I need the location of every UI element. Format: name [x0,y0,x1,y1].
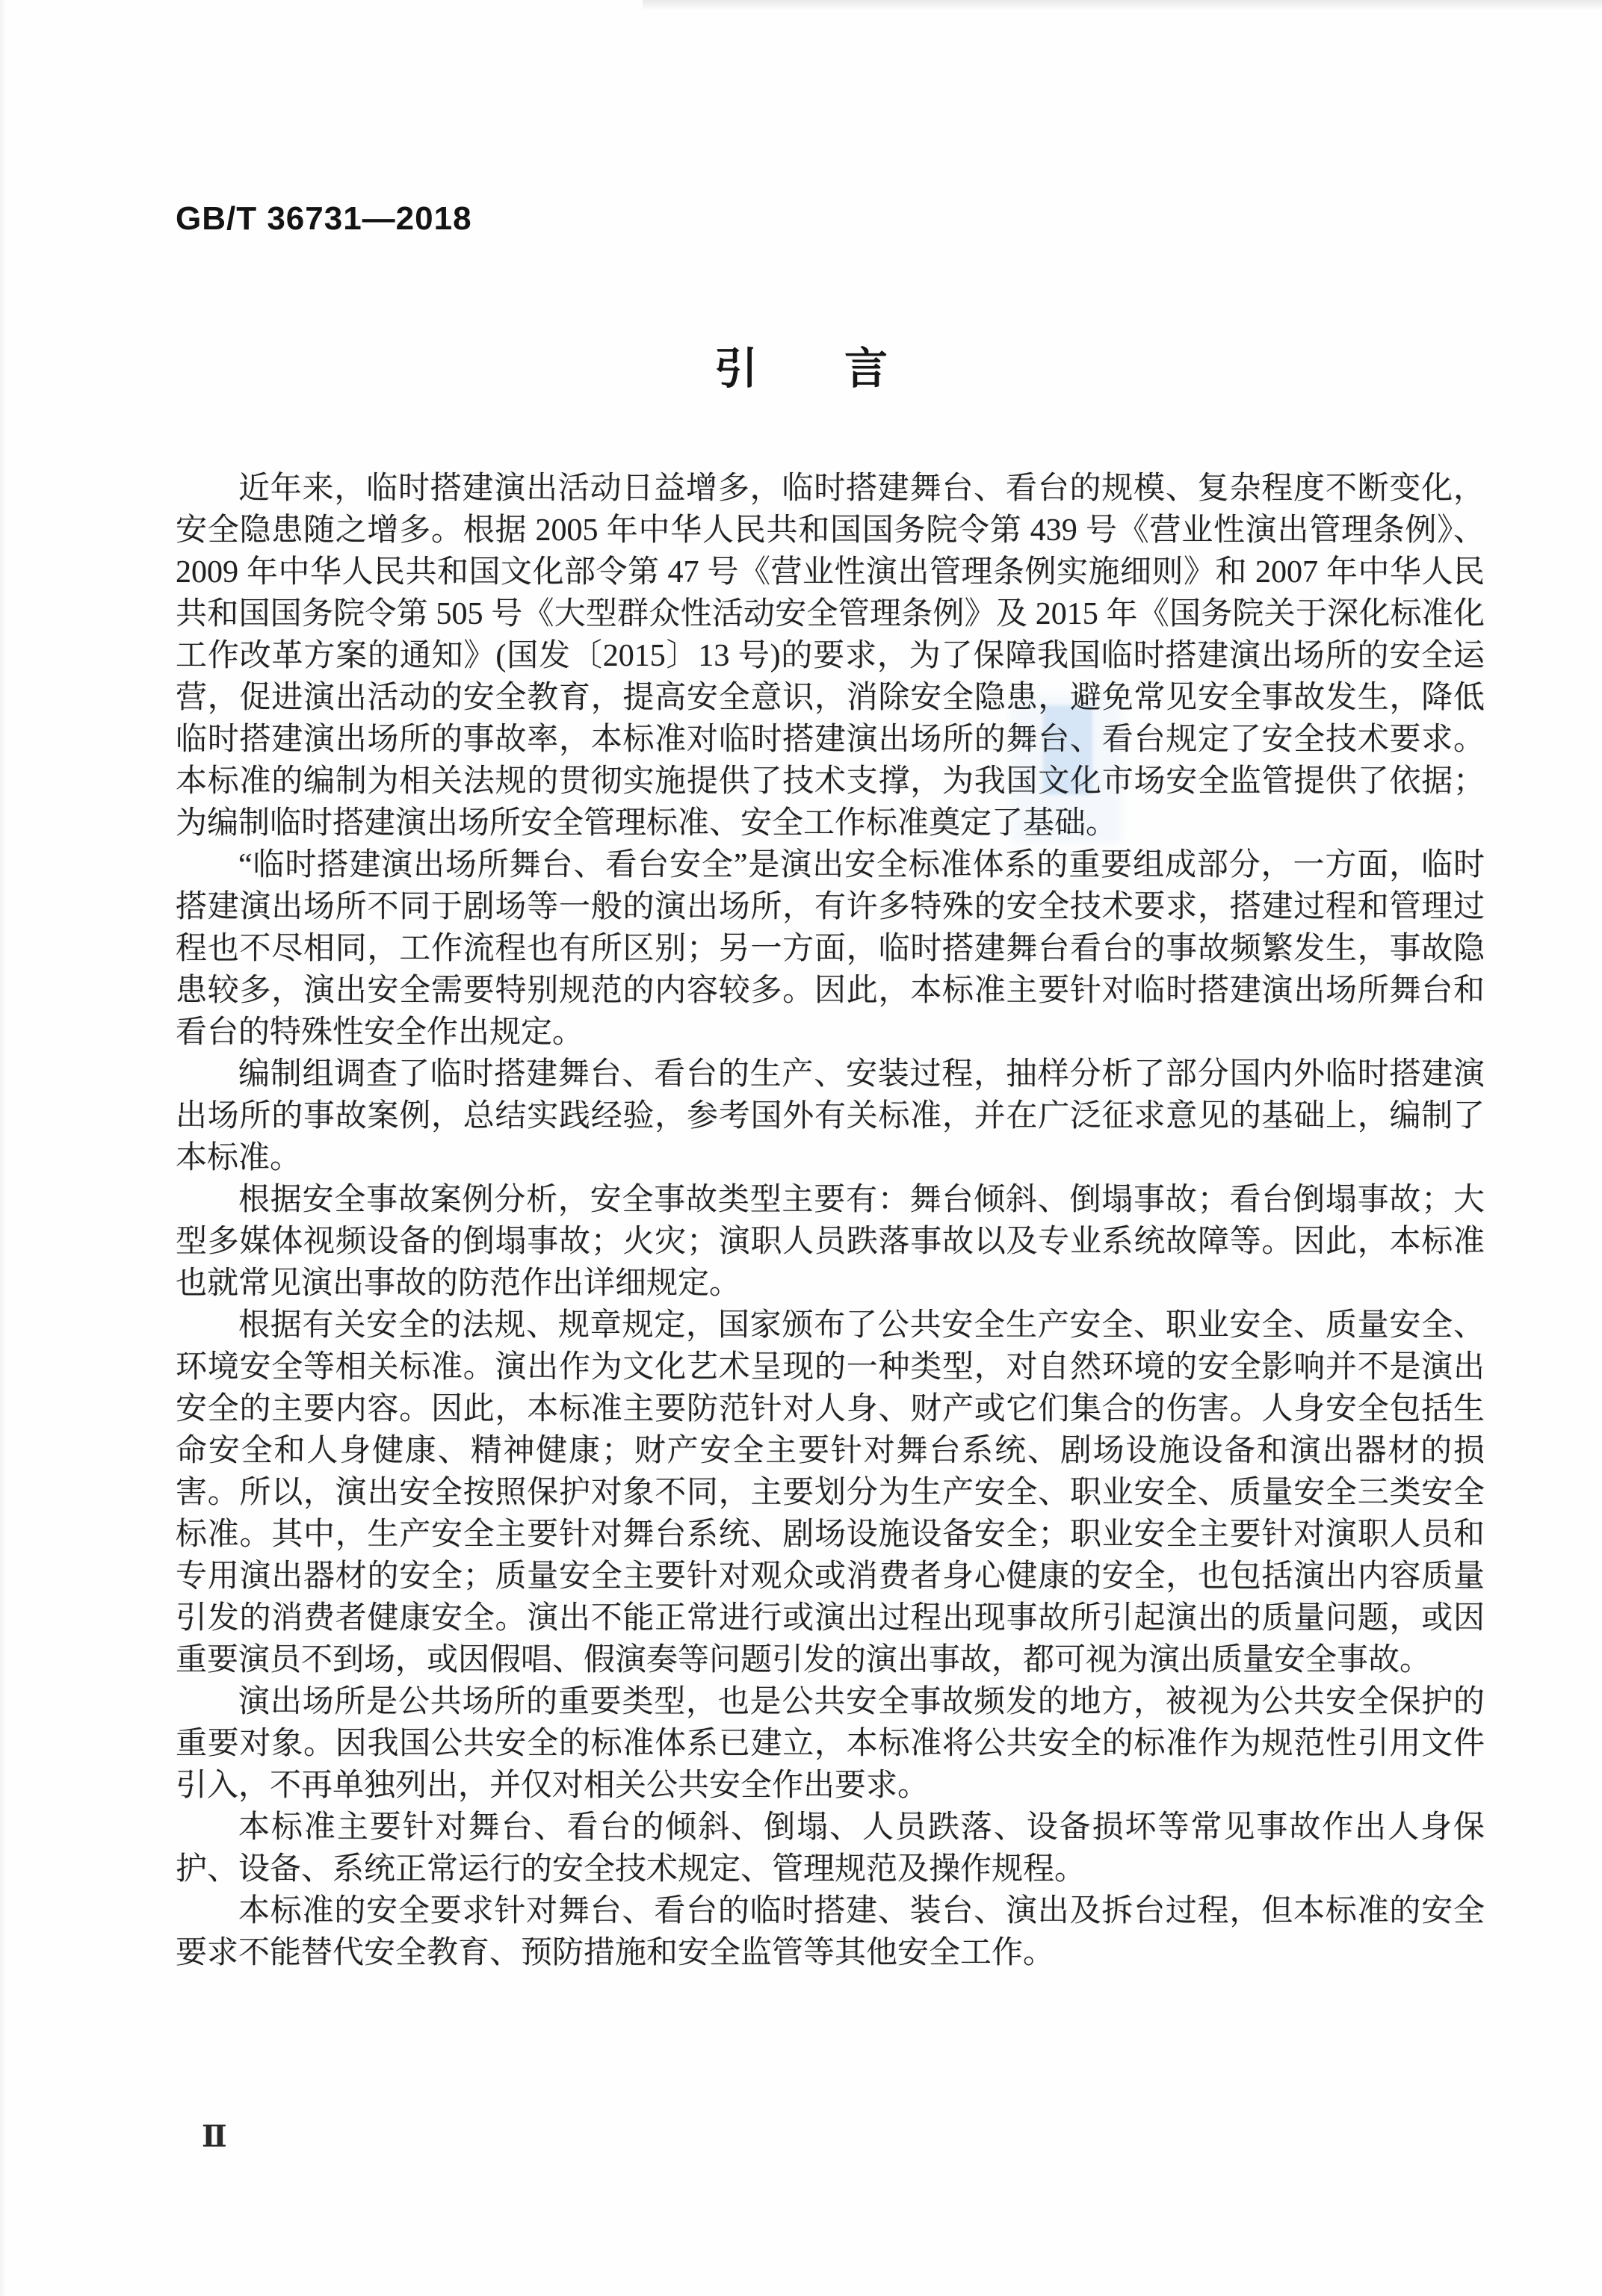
body-text: 近年来，临时搭建演出活动日益增多，临时搭建舞台、看台的规模、复杂程度不断变化，安… [176,468,1485,1974]
paragraph-drafting-group: 编制组调查了临时搭建舞台、看台的生产、安装过程，抽样分析了部分国内外临时搭建演出… [176,1053,1485,1179]
paragraph-stage-safety-system: “临时搭建演出场所舞台、看台安全”是演出安全标准体系的重要组成部分，一方面，临时… [176,844,1485,1053]
paragraph-accident-types: 根据安全事故案例分析，安全事故类型主要有：舞台倾斜、倒塌事故；看台倒塌事故；大型… [176,1179,1485,1305]
paragraph-scope-process: 本标准的安全要求针对舞台、看台的临时搭建、装台、演出及拆台过程，但本标准的安全要… [176,1890,1485,1974]
page-title: 引 言 [0,333,1602,396]
page-number: Ⅱ [202,2119,227,2154]
paragraph-safety-classification: 根据有关安全的法规、规章规定，国家颁布了公共安全生产安全、职业安全、质量安全、环… [176,1305,1485,1681]
paragraph-background: 近年来，临时搭建演出活动日益增多，临时搭建舞台、看台的规模、复杂程度不断变化，安… [176,468,1485,844]
standard-code: GB/T 36731—2018 [176,200,472,238]
scan-artifact-top-edge [643,0,1602,10]
paragraph-public-places: 演出场所是公共场所的重要类型，也是公共安全事故频发的地方，被视为公共安全保护的重… [176,1681,1485,1807]
screenshot-root: { "header": { "standard_code": "GB/T 367… [0,0,1602,2296]
document-page: GB/T 36731—2018 引 言 近年来，临时搭建演出活动日益增多，临时搭… [0,0,1602,2296]
paragraph-scope-technical: 本标准主要针对舞台、看台的倾斜、倒塌、人员跌落、设备损坏等常见事故作出人身保护、… [176,1807,1485,1890]
